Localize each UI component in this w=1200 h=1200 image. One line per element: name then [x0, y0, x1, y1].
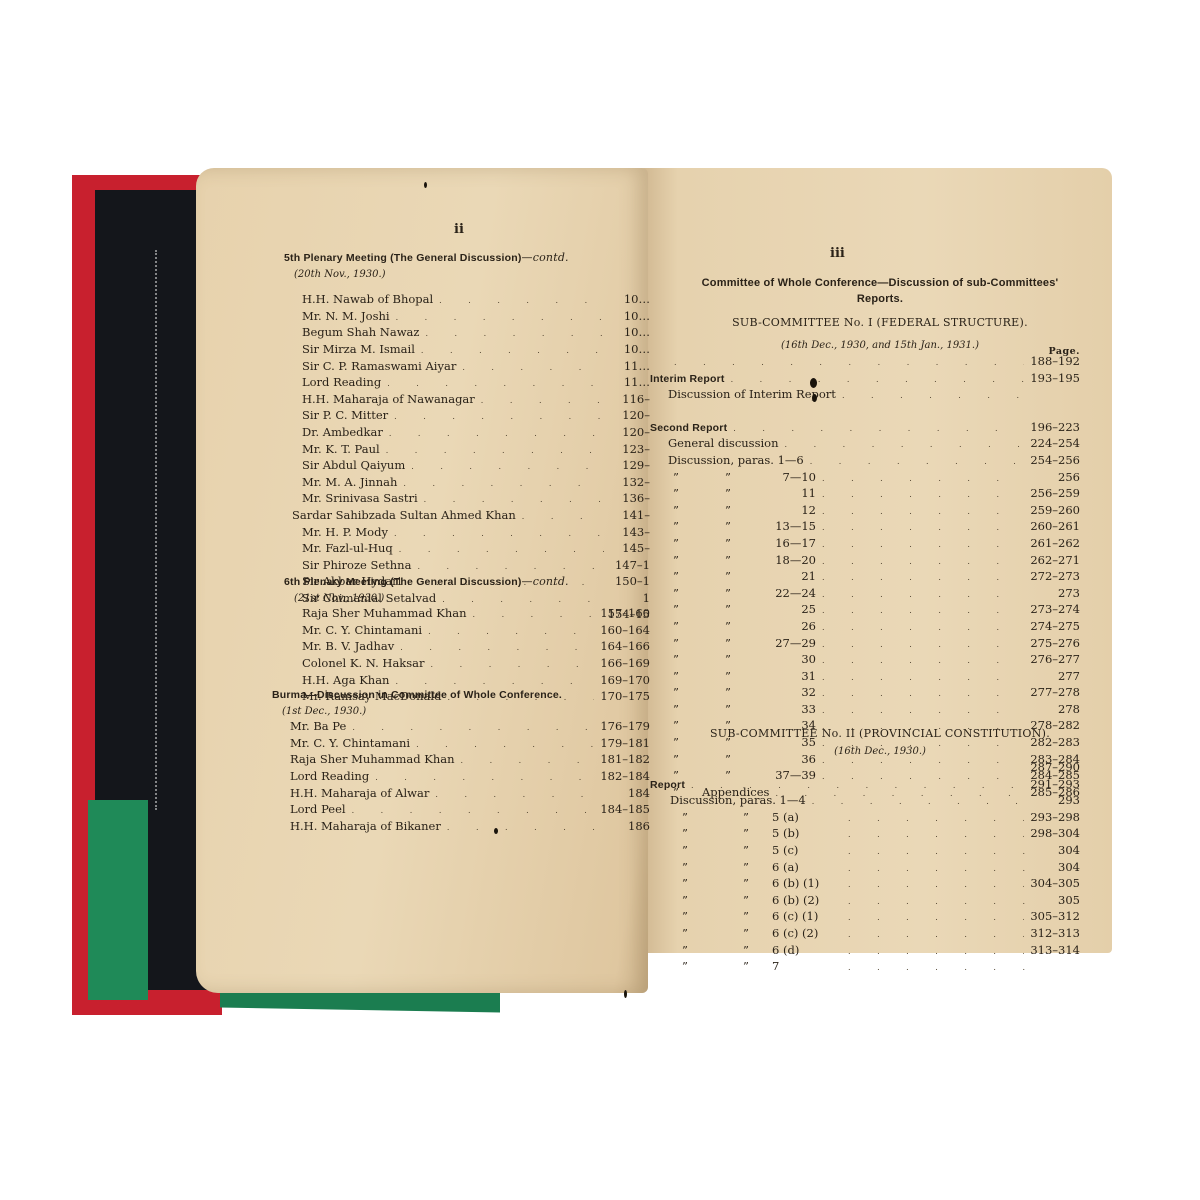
list-item: Interim Report193–195 — [650, 371, 1080, 388]
list-item: Begum Shah Nawaz10… — [284, 325, 650, 342]
list-item: Discussion, paras. 1—4293 — [650, 793, 1080, 810]
section-5th-plenary: 5th Plenary Meeting (The General Discuss… — [284, 250, 650, 624]
list-item: Discussion of Interim Report — [650, 387, 1080, 404]
list-item: H.H. Aga Khan169–170 — [284, 673, 650, 690]
list-item: Mr. C. Y. Chintamani160–164 — [284, 623, 650, 640]
list-item: H.H. Maharaja of Bikaner186 — [272, 819, 650, 836]
list-item: ””6 (a)304 — [650, 860, 1080, 877]
ink-speck — [624, 990, 627, 998]
list-item: ””6 (c) (1)305–312 — [650, 909, 1080, 926]
list-item: ””31277 — [650, 669, 1080, 686]
list-item: Raja Sher Muhammad Khan157–160 — [284, 606, 650, 623]
list-item: Sir C. P. Ramaswami Aiyar11… — [284, 359, 650, 376]
list-item: Mr. Srinivasa Sastri136– — [284, 491, 650, 508]
ink-speck — [424, 182, 427, 188]
page-number: ii — [454, 222, 464, 237]
list-item: Colonel K. N. Haksar166–169 — [284, 656, 650, 673]
section-6th-plenary: 6th Plenary Meeting (The General Discuss… — [284, 574, 650, 706]
title-line-2: Reports. — [650, 292, 1110, 308]
list-item: General discussion224–254 — [650, 436, 1080, 453]
list-item: ””7 — [650, 959, 1080, 976]
list-item: Mr. N. M. Joshi10… — [284, 309, 650, 326]
section-heading: 6th Plenary Meeting (The General Discuss… — [284, 574, 650, 591]
section-date: (20th Nov., 1930.) — [294, 267, 650, 283]
list-item: ””5 (a)293–298 — [650, 810, 1080, 827]
ink-blot — [810, 378, 817, 388]
list-item: ””5 (c)304 — [650, 843, 1080, 860]
section-heading: 5th Plenary Meeting (The General Discuss… — [284, 250, 650, 267]
list-item: Mr. H. P. Mody143– — [284, 525, 650, 542]
section-heading: Burma—Discussion in Committee of Whole C… — [272, 688, 650, 704]
subcommittee-2-heading: SUB-COMMITTEE No. II (PROVINCIAL CONSTIT… — [650, 726, 1110, 742]
list-item: Sir Abdul Qaiyum129– — [284, 458, 650, 475]
list-item: Mr. B. V. Jadhav164–166 — [284, 639, 650, 656]
list-item: Mr. Ba Pe176–179 — [272, 719, 650, 736]
spine-stitching — [155, 250, 159, 810]
list-item: ””18—20262–271 — [650, 553, 1080, 570]
list-item: ””13—15260–261 — [650, 519, 1080, 536]
section-date: (1st Dec., 1930.) — [282, 704, 650, 720]
list-item: ””6 (d)313–314 — [650, 943, 1080, 960]
list-item: ””21272–273 — [650, 569, 1080, 586]
right-page: iii Committee of Whole Conference—Discus… — [640, 168, 1112, 953]
list-item: ””22—24273 — [650, 586, 1080, 603]
list-item: Lord Reading182–184 — [272, 769, 650, 786]
list-item: Report291–293 — [650, 777, 1080, 794]
subcommittee-2-date: (16th Dec., 1930.) — [650, 744, 1110, 760]
list-item: ””6 (b) (1)304–305 — [650, 876, 1080, 893]
list-item: Sardar Sahibzada Sultan Ahmed Khan141– — [284, 508, 650, 525]
list-item: H.H. Maharaja of Nawanagar116– — [284, 392, 650, 409]
left-page: ii 5th Plenary Meeting (The General Disc… — [196, 168, 648, 993]
section-burma: Burma—Discussion in Committee of Whole C… — [272, 688, 650, 835]
list-item: Mr. Fazl-ul-Huq145– — [284, 541, 650, 558]
list-item: H.H. Maharaja of Alwar184 — [272, 786, 650, 803]
list-item: ””5 (b)298–304 — [650, 826, 1080, 843]
section-date: (21st Nov., 1930.) — [294, 591, 650, 607]
ink-speck — [494, 828, 498, 834]
ink-blot — [812, 394, 817, 402]
list-item: ””11256–259 — [650, 486, 1080, 503]
list-item: Dr. Ambedkar120– — [284, 425, 650, 442]
list-item: ””25273–274 — [650, 602, 1080, 619]
subcommittee-2-list: 287–290 Report291–293 Discussion, paras.… — [650, 760, 1080, 976]
list-item: H.H. Nawab of Bhopal10… — [284, 292, 650, 309]
right-page-title: Committee of Whole Conference—Discussion… — [650, 276, 1110, 307]
list-item: Mr. C. Y. Chintamani179–181 — [272, 736, 650, 753]
list-item: ””12259–260 — [650, 503, 1080, 520]
list-item: ””30276–277 — [650, 652, 1080, 669]
list-item: ””33278 — [650, 702, 1080, 719]
subcommittee-1-heading: SUB-COMMITTEE No. I (FEDERAL STRUCTURE). — [650, 315, 1110, 331]
list-item: Mr. M. A. Jinnah132– — [284, 475, 650, 492]
list-item: ””6 (b) (2)305 — [650, 893, 1080, 910]
page-number: iii — [830, 246, 845, 261]
list-item: ””6 (c) (2)312–313 — [650, 926, 1080, 943]
list-item: Sir Mirza M. Ismail10… — [284, 342, 650, 359]
list-item: ””26274–275 — [650, 619, 1080, 636]
list-item: Raja Sher Muhammad Khan181–182 — [272, 752, 650, 769]
list-item: Lord Reading11… — [284, 375, 650, 392]
list-item: Mr. K. T. Paul123– — [284, 442, 650, 459]
list-item: ””27—29275–276 — [650, 636, 1080, 653]
list-item: Sir Phiroze Sethna147–1 — [284, 558, 650, 575]
list-item: ””16—17261–262 — [650, 536, 1080, 553]
list-item: ””7—10256 — [650, 470, 1080, 487]
list-item: Lord Peel184–185 — [272, 802, 650, 819]
list-item: Sir P. C. Mitter120– — [284, 408, 650, 425]
list-item: ””32277–278 — [650, 685, 1080, 702]
list-item: 188–192 — [650, 354, 1080, 371]
list-item: Discussion, paras. 1—6254–256 — [650, 453, 1080, 470]
title-line-1: Committee of Whole Conference—Discussion… — [650, 276, 1110, 292]
book-cover-green-corner — [88, 800, 148, 1000]
list-item: Second Report196–223 — [650, 420, 1080, 437]
list-item: 287–290 — [650, 760, 1080, 777]
